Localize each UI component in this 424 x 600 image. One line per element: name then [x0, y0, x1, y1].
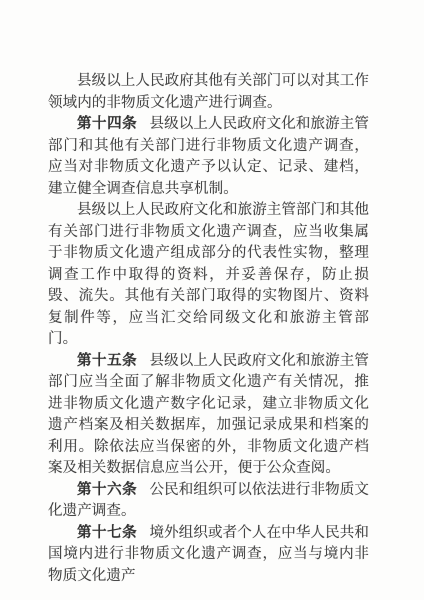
document-page: 县级以上人民政府其他有关部门可以对其工作领域内的非物质文化遗产进行调查。 第十四…: [0, 0, 424, 600]
paragraph: 第十四条县级以上人民政府文化和旅游主管部门和其他有关部门进行非物质文化遗产调查，…: [48, 114, 369, 200]
article-number: 第十四条: [77, 116, 137, 132]
article-number: 第十五条: [77, 353, 137, 369]
article-number: 第十六条: [77, 482, 137, 498]
paragraph-text: 县级以上人民政府文化和旅游主管部门和其他有关部门进行非物质文化遗产调查，应当收集…: [48, 202, 369, 347]
paragraph: 第十六条公民和组织可以依法进行非物质文化遗产调查。: [48, 480, 369, 523]
paragraph-text: 县级以上人民政府文化和旅游主管部门应当全面了解非物质文化遗产有关情况，推进非物质…: [48, 353, 369, 477]
paragraph-text: 县级以上人民政府其他有关部门可以对其工作领域内的非物质文化遗产进行调查。: [48, 73, 369, 111]
document-body: 县级以上人民政府其他有关部门可以对其工作领域内的非物质文化遗产进行调查。 第十四…: [48, 71, 369, 587]
page-number: 5: [0, 551, 424, 561]
paragraph: 县级以上人民政府文化和旅游主管部门和其他有关部门进行非物质文化遗产调查，应当收集…: [48, 200, 369, 351]
paragraph: 第十五条县级以上人民政府文化和旅游主管部门应当全面了解非物质文化遗产有关情况，推…: [48, 351, 369, 480]
paragraph: 县级以上人民政府其他有关部门可以对其工作领域内的非物质文化遗产进行调查。: [48, 71, 369, 114]
article-number: 第十七条: [77, 525, 137, 541]
